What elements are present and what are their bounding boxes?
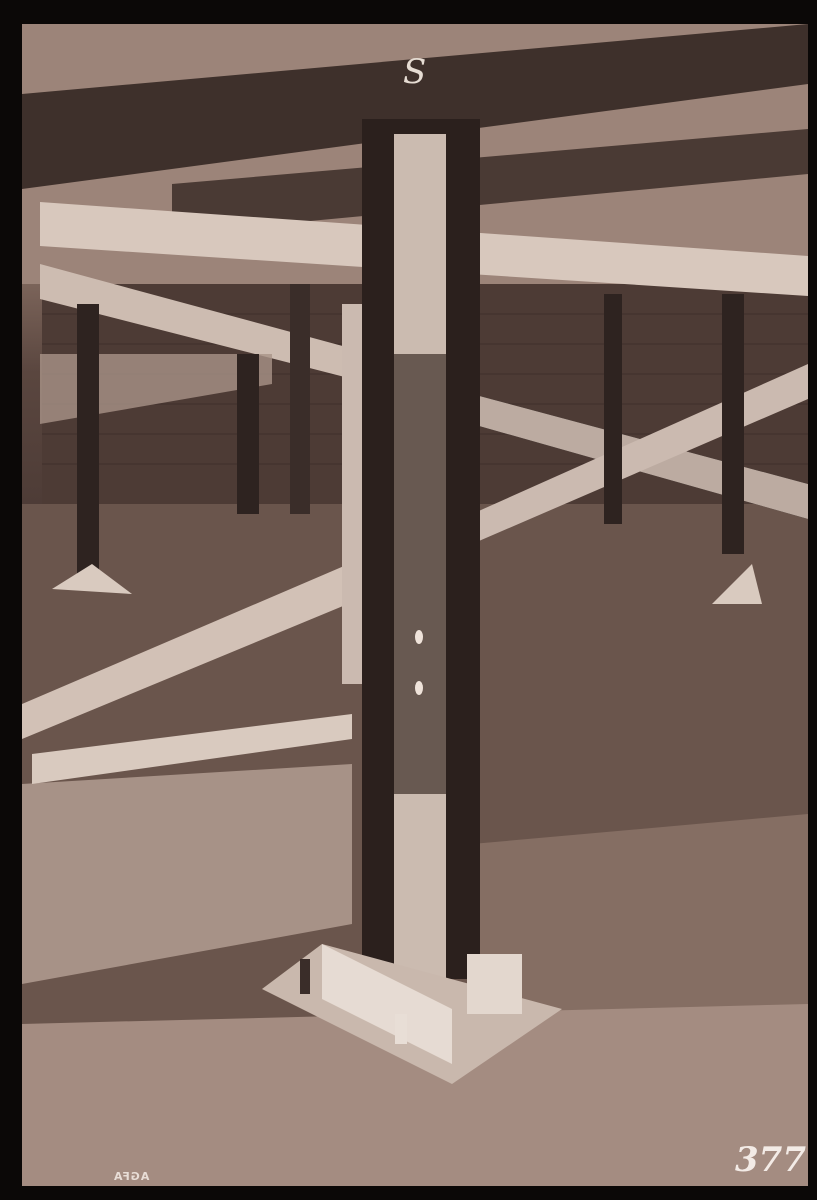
timber-post xyxy=(237,354,259,514)
timber-post xyxy=(722,294,744,554)
timber-post xyxy=(77,304,99,574)
plate-number: 377 xyxy=(735,1140,806,1180)
rivet-hole xyxy=(415,681,423,695)
chalk-mark: S xyxy=(403,52,426,92)
scene-illustration xyxy=(22,24,808,1186)
film-edge-mark: AGFA xyxy=(113,1170,149,1183)
rivet-hole xyxy=(415,630,423,644)
timber-post xyxy=(290,284,310,514)
anchor-bolt xyxy=(300,959,310,994)
anchor-bolt xyxy=(395,1014,407,1044)
timber-post xyxy=(604,294,622,524)
photograph xyxy=(22,24,808,1186)
